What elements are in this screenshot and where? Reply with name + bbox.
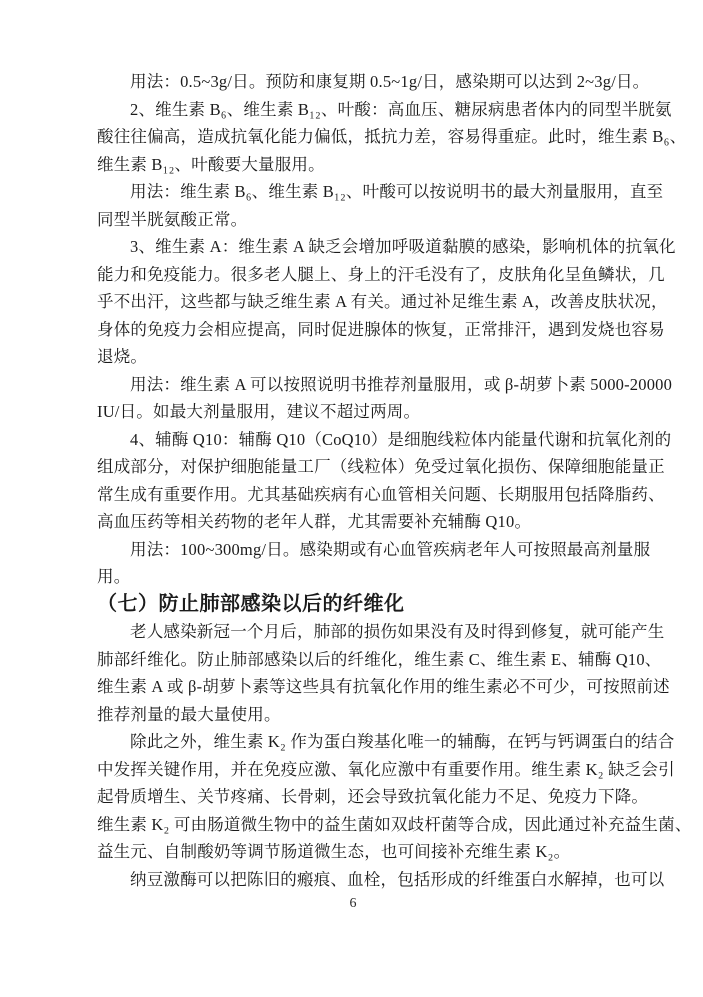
text-line: 身体的免疫力会相应提高，同时促进腺体的恢复，正常排汗，遇到发烧也容易 xyxy=(97,316,609,344)
text-line: 组成部分，对保护细胞能量工厂（线粒体）免受过氧化损伤、保障细胞能量正 xyxy=(97,453,609,481)
text-line: 高血压药等相关药物的老年人群，尤其需要补充辅酶 Q10。 xyxy=(97,508,609,536)
section-heading: （七）防止肺部感染以后的纤维化 xyxy=(97,591,609,619)
text-line: 乎不出汗，这些都与缺乏维生素 A 有关。通过补足维生素 A，改善皮肤状况， xyxy=(97,288,609,316)
text-line: 用法：维生素 A 可以按照说明书推荐剂量服用，或 β-胡萝卜素 5000-200… xyxy=(97,371,609,399)
text-line: 酸往往偏高，造成抗氧化能力偏低，抵抗力差，容易得重症。此时，维生素 B₆、 xyxy=(97,123,609,151)
text-line: 4、辅酶 Q10：辅酶 Q10（CoQ10）是细胞线粒体内能量代谢和抗氧化剂的 xyxy=(97,426,609,454)
text-line: 维生素 A 或 β-胡萝卜素等这些具有抗氧化作用的维生素必不可少，可按照前述 xyxy=(97,673,609,701)
text-line: 老人感染新冠一个月后，肺部的损伤如果没有及时得到修复，就可能产生 xyxy=(97,618,609,646)
text-line: 常生成有重要作用。尤其基础疾病有心血管相关问题、长期服用包括降脂药、 xyxy=(97,481,609,509)
text-line: 用。 xyxy=(97,563,609,591)
text-line: 除此之外，维生素 K₂ 作为蛋白羧基化唯一的辅酶，在钙与钙调蛋白的结合 xyxy=(97,728,609,756)
text-line: 肺部纤维化。防止肺部感染以后的纤维化，维生素 C、维生素 E、辅酶 Q10、 xyxy=(97,646,609,674)
text-line: 用法：100~300mg/日。感染期或有心血管疾病老年人可按照最高剂量服 xyxy=(97,536,609,564)
text-line: IU/日。如最大剂量服用，建议不超过两周。 xyxy=(97,398,609,426)
text-line: 起骨质增生、关节疼痛、长骨刺，还会导致抗氧化能力不足、免疫力下降。 xyxy=(97,783,609,811)
text-line: 推荐剂量的最大量使用。 xyxy=(97,701,609,729)
text-line: 维生素 K₂ 可由肠道微生物中的益生菌如双歧杆菌等合成，因此通过补充益生菌、 xyxy=(97,811,609,839)
page-number: 6 xyxy=(97,896,609,912)
text-line: 同型半胱氨酸正常。 xyxy=(97,206,609,234)
text-line: 维生素 B₁₂、叶酸要大量服用。 xyxy=(97,151,609,179)
text-line: 3、维生素 A：维生素 A 缺乏会增加呼吸道黏膜的感染，影响机体的抗氧化 xyxy=(97,233,609,261)
document-body: 用法：0.5~3g/日。预防和康复期 0.5~1g/日，感染期可以达到 2~3g… xyxy=(97,68,609,893)
text-line: 用法：0.5~3g/日。预防和康复期 0.5~1g/日，感染期可以达到 2~3g… xyxy=(97,68,609,96)
text-line: 中发挥关键作用，并在免疫应激、氧化应激中有重要作用。维生素 K₂ 缺乏会引 xyxy=(97,756,609,784)
text-line: 能力和免疫能力。很多老人腿上、身上的汗毛没有了，皮肤角化呈鱼鳞状，几 xyxy=(97,261,609,289)
text-line: 2、维生素 B₆、维生素 B₁₂、叶酸：高血压、糖尿病患者体内的同型半胱氨 xyxy=(97,96,609,124)
document-page: 用法：0.5~3g/日。预防和康复期 0.5~1g/日，感染期可以达到 2~3g… xyxy=(0,0,703,997)
text-line: 纳豆激酶可以把陈旧的瘢痕、血栓，包括形成的纤维蛋白水解掉，也可以 xyxy=(97,866,609,894)
text-line: 退烧。 xyxy=(97,343,609,371)
text-line: 益生元、自制酸奶等调节肠道微生态，也可间接补充维生素 K₂。 xyxy=(97,838,609,866)
text-line: 用法：维生素 B₆、维生素 B₁₂、叶酸可以按说明书的最大剂量服用，直至 xyxy=(97,178,609,206)
